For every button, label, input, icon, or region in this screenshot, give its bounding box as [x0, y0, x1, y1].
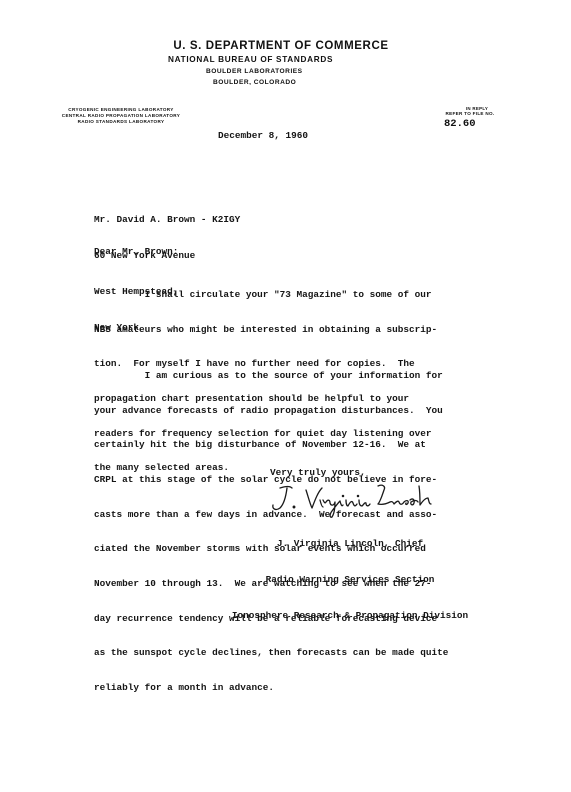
letterhead-laboratories: BOULDER LABORATORIES — [200, 68, 366, 75]
letterhead-department: U. S. DEPARTMENT OF COMMERCE — [150, 40, 412, 52]
file-reference: IN REPLY REFER TO FILE NO. 82.60 — [430, 106, 510, 130]
signer-division: Ionosphere Research & Propagation Divisi… — [220, 610, 480, 622]
letterhead-location: BOULDER, COLORADO — [205, 79, 373, 86]
body-line: as the sunspot cycle declines, then fore… — [94, 647, 448, 659]
salutation: Dear Mr. Brown: — [94, 246, 178, 257]
closing: Very truly yours, — [270, 467, 366, 478]
signer-section: Radio Warning Services Section — [220, 574, 480, 586]
body-line: NBS amateurs who might be interested in … — [94, 324, 437, 336]
laboratory-item: RADIO STANDARDS LABORATORY — [30, 119, 212, 125]
body-line: your advance forecasts of radio propagat… — [94, 405, 448, 417]
body-line: I am curious as to the source of your in… — [94, 370, 448, 382]
letterhead-bureau: NATIONAL BUREAU OF STANDARDS — [160, 55, 388, 64]
signature-icon — [262, 478, 442, 518]
address-line: Mr. David A. Brown - K2IGY — [94, 214, 240, 226]
body-line: certainly hit the big disturbance of Nov… — [94, 439, 448, 451]
refer-to-file-label: REFER TO FILE NO. — [430, 111, 510, 117]
body-line: reliably for a month in advance. — [94, 682, 448, 694]
body-line: I shall circulate your "73 Magazine" to … — [94, 289, 437, 301]
letter-page: U. S. DEPARTMENT OF COMMERCE NATIONAL BU… — [0, 0, 571, 792]
letter-date: December 8, 1960 — [218, 130, 308, 141]
handwritten-signature — [262, 478, 442, 518]
laboratories-list: CRYOGENIC ENGINEERING LABORATORY CENTRAL… — [30, 107, 212, 125]
signer-name-title: J. Virginia Lincoln, Chief — [220, 538, 480, 550]
signature-block: J. Virginia Lincoln, Chief Radio Warning… — [220, 514, 480, 646]
file-number: 82.60 — [430, 118, 510, 130]
